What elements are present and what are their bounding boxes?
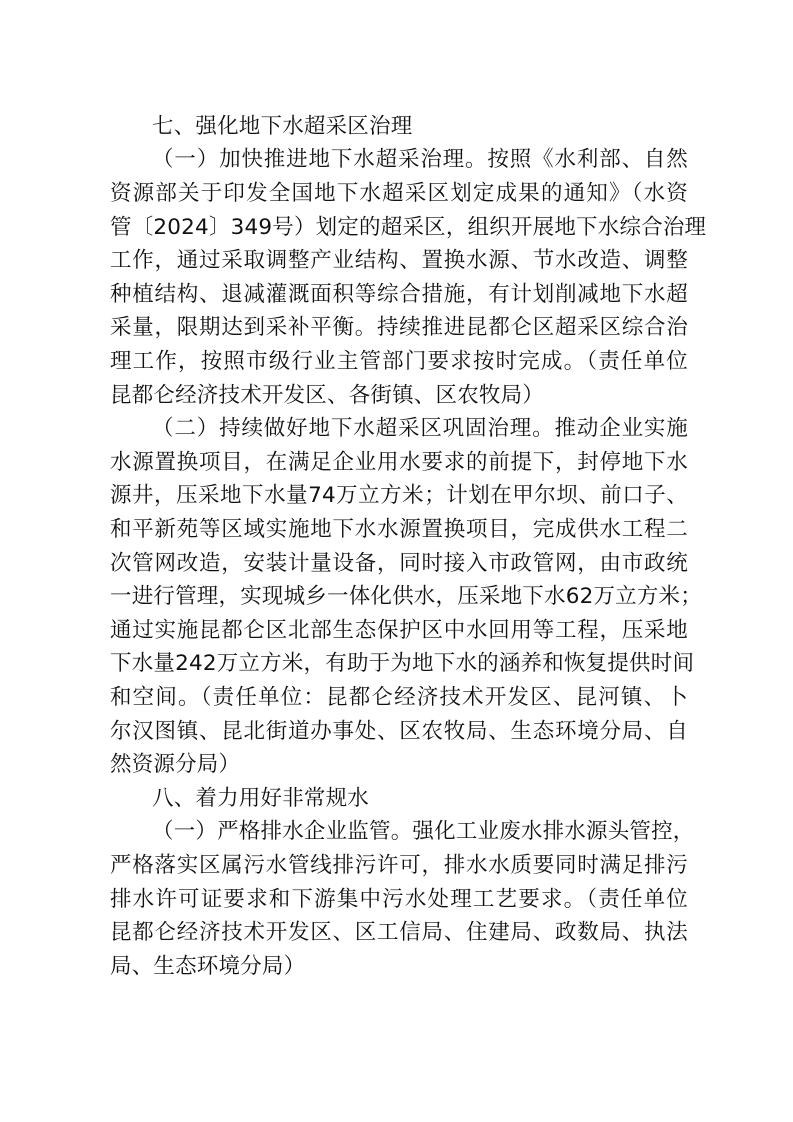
paragraph-line: 昆都仑经济技术开发区、各街镇、区农牧局） [110, 379, 688, 413]
paragraph-line: 昆都仑经济技术开发区、区工信局、住建局、政数局、执法 [110, 916, 688, 950]
paragraph-line: 水源置换项目，在满足企业用水要求的前提下，封停地下水 [110, 446, 688, 480]
document-page: 七、强化地下水超采区治理 （一）加快推进地下水超采治理。按照《水利部、自然 资源… [0, 0, 793, 1122]
paragraph-line: 然资源分局） [110, 748, 688, 782]
paragraph-line: 通过实施昆都仑区北部生态保护区中水回用等工程，压采地 [110, 614, 688, 648]
subsection-7-1-line: （一）加快推进地下水超采治理。按照《水利部、自然 [152, 143, 688, 177]
paragraph-line: 局、生态环境分局） [110, 950, 688, 984]
paragraph-line: 次管网改造，安装计量设备，同时接入市政管网，由市政统 [110, 547, 688, 581]
paragraph-line: 一进行管理，实现城乡一体化供水，压采地下水62万立方米； [110, 580, 688, 614]
paragraph-line: 下水量242万立方米，有助于为地下水的涵养和恢复提供时间 [110, 647, 688, 681]
section-heading-8: 八、着力用好非常规水 [152, 782, 652, 816]
paragraph-line: 资源部关于印发全国地下水超采区划定成果的通知》（水资 [110, 177, 688, 211]
paragraph-line: 种植结构、退减灌溉面积等综合措施，有计划削减地下水超 [110, 278, 688, 312]
paragraph-line: 和空间。（责任单位：昆都仑经济技术开发区、昆河镇、卜 [110, 681, 688, 715]
subsection-8-1-line: （一）严格排水企业监管。强化工业废水排水源头管控， [152, 815, 688, 849]
paragraph-line: 尔汉图镇、昆北街道办事处、区农牧局、生态环境分局、自 [110, 715, 688, 749]
paragraph-line: 源井，压采地下水量74万立方米；计划在甲尔坝、前口子、 [110, 479, 688, 513]
paragraph-line: 排水许可证要求和下游集中污水处理工艺要求。（责任单位 [110, 883, 688, 917]
paragraph-line: 严格落实区属污水管线排污许可，排水水质要同时满足排污 [110, 849, 688, 883]
paragraph-line: 和平新苑等区域实施地下水水源置换项目，完成供水工程二 [110, 513, 688, 547]
paragraph-line: 理工作，按照市级行业主管部门要求按时完成。（责任单位 [110, 345, 688, 379]
section-heading-7: 七、强化地下水超采区治理 [152, 110, 652, 144]
paragraph-line: 管〔2024〕349号）划定的超采区，组织开展地下水综合治理 [110, 211, 688, 245]
subsection-7-2-line: （二）持续做好地下水超采区巩固治理。推动企业实施 [152, 412, 688, 446]
paragraph-line: 工作，通过采取调整产业结构、置换水源、节水改造、调整 [110, 244, 688, 278]
paragraph-line: 采量，限期达到采补平衡。持续推进昆都仑区超采区综合治 [110, 311, 688, 345]
